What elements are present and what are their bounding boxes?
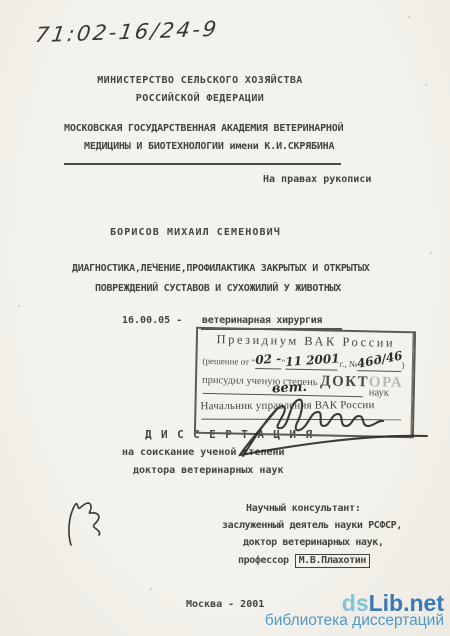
- dslib-watermark-logo: dsLib.net: [0, 592, 444, 614]
- dissertation-line-2: доктора ветеринарных наук: [133, 465, 284, 476]
- dissertation-title-line-1: ДИАГНОСТИКА,ЛЕЧЕНИЕ,ПРОФИЛАКТИКА ЗАКРЫТЫ…: [72, 263, 369, 274]
- scan-speck: [425, 84, 427, 86]
- handwritten-monthyear: 11 2001: [285, 351, 340, 369]
- consultant-name-boxed: М.В.Плахотин: [295, 554, 370, 568]
- academy-line-2: МЕДИЦИНЫ И БИОТЕХНОЛОГИИ имени К.И.СКРЯБ…: [84, 141, 334, 152]
- scan-speck: [150, 588, 152, 590]
- stamp-decision-mid: г., №: [339, 359, 357, 369]
- scanned-title-page: 71:02-16/24-9 МИНИСТЕРСТВО СЕЛЬСКОГО ХОЗ…: [0, 0, 450, 636]
- handwritten-day: 02 -: [255, 351, 282, 367]
- dslib-watermark-subtitle: библиотека диссертаций: [0, 612, 444, 630]
- consultant-line-1: заслуженный деятель науки РСФСР,: [222, 520, 402, 531]
- stamp-decision-open: (решение от “: [202, 356, 255, 367]
- handwritten-catalog-number: 71:02-16/24-9: [34, 17, 220, 47]
- ministry-line-1: МИНИСТЕРСТВО СЕЛЬСКОГО ХОЗЯЙСТВА: [0, 75, 400, 86]
- official-signature: [215, 392, 440, 464]
- consultant-line-2: доктор ветеринарных наук,: [243, 537, 384, 548]
- specialty-name: ветеринарная хирургия: [202, 315, 322, 326]
- stamp-day-blank: 02 -: [255, 354, 281, 370]
- dissertation-title-line-2: ПОВРЕЖДЕНИЙ СУСТАВОВ И СУХОЖИЛИЙ У ЖИВОТ…: [95, 283, 341, 294]
- stamp-number-blank: 46д/46: [357, 356, 401, 372]
- margin-handwritten-mark: [58, 497, 106, 552]
- scan-speck: [18, 305, 20, 307]
- academy-line-1: МОСКОВСКАЯ ГОСУДАРСТВЕННАЯ АКАДЕМИЯ ВЕТЕ…: [64, 123, 343, 134]
- scan-speck: [408, 16, 410, 18]
- stamp-decision-line: (решение от “02 -”11 2001 г., №46д/46): [202, 353, 404, 372]
- manuscript-rights-note: На правах рукописи: [263, 174, 371, 185]
- stamp-title: Президиум ВАК России: [198, 332, 414, 352]
- consultant-prefix: профессор: [238, 555, 289, 566]
- header-divider-line: [64, 163, 341, 165]
- consultant-line-3: профессорМ.В.Плахотин: [238, 554, 370, 568]
- specialty-code: 16.00.05 -: [122, 315, 182, 326]
- author-name: БОРИСОВ МИХАИЛ СЕМЕНОВИЧ: [110, 227, 281, 238]
- ministry-line-2: РОССИЙСКОЙ ФЕДЕРАЦИИ: [0, 93, 400, 104]
- stamp-monthyear-blank: 11 2001: [285, 355, 337, 371]
- stamp-degree-main: ДОКТ: [320, 373, 369, 390]
- consultant-label: Научный консультант:: [246, 503, 360, 514]
- handwritten-number: 46д/46: [356, 348, 404, 370]
- scan-speck: [430, 252, 432, 254]
